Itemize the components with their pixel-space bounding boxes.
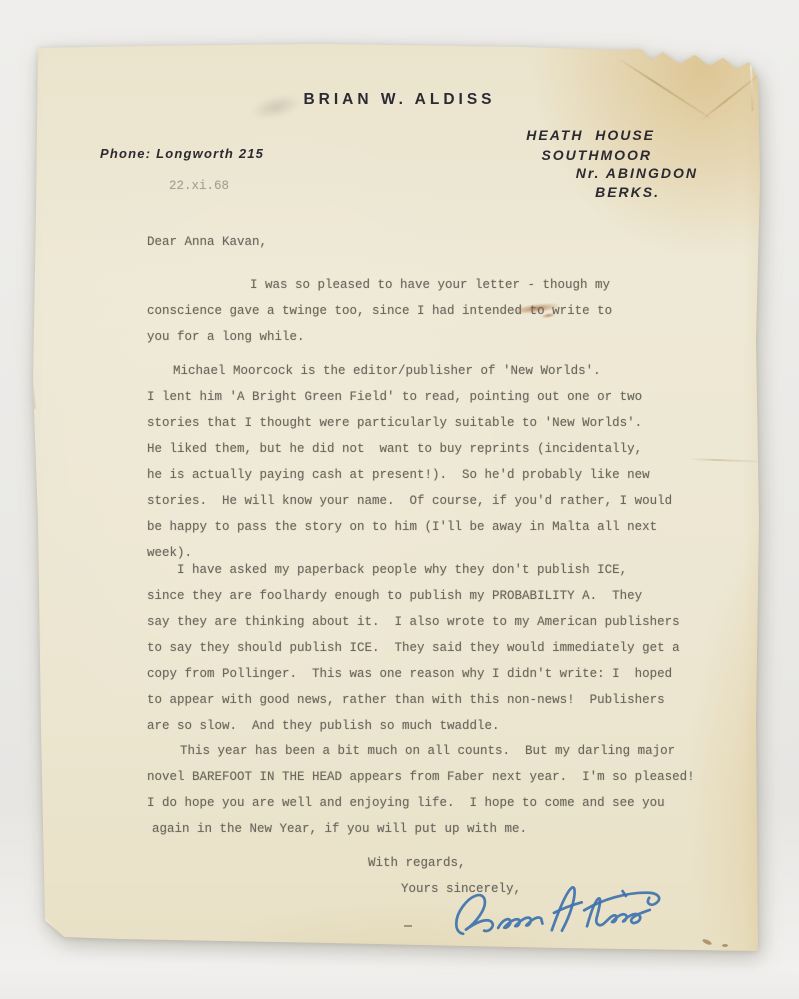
letter-line: I lent him 'A Bright Green Field' to rea… <box>147 387 642 407</box>
letter-line: conscience gave a twinge too, since I ha… <box>147 301 612 321</box>
paper-crease <box>30 351 36 409</box>
letter-line: I was so pleased to have your letter - t… <box>147 275 610 295</box>
letter-line: to appear with good news, rather than wi… <box>147 690 665 710</box>
typed-mark <box>404 925 412 927</box>
paper-fold-corner <box>40 913 70 941</box>
paper-crease <box>615 56 710 119</box>
closing-regards: With regards, <box>368 853 466 873</box>
letter-line: He liked them, but he did not want to bu… <box>147 439 642 459</box>
salutation: Dear Anna Kavan, <box>147 232 267 252</box>
letter-line: again in the New Year, if you will put u… <box>147 819 527 839</box>
letterhead-name: BRIAN W. ALDISS <box>0 91 799 109</box>
paper-speck <box>702 938 713 946</box>
letter-paper: BRIAN W. ALDISS Phone: Longworth 215 HEA… <box>0 0 799 999</box>
paper-shadow: BRIAN W. ALDISS Phone: Longworth 215 HEA… <box>0 0 799 999</box>
letter-line: he is actually paying cash at present!).… <box>147 465 650 485</box>
letter-line: to say they should publish ICE. They sai… <box>147 638 680 658</box>
letter-line: say they are thinking about it. I also w… <box>147 612 680 632</box>
letterhead-address-line: HEATH HOUSE <box>526 127 655 143</box>
photo-backdrop: BRIAN W. ALDISS Phone: Longworth 215 HEA… <box>0 0 799 999</box>
letterhead-phone: Phone: Longworth 215 <box>100 146 264 161</box>
letter-line: copy from Pollinger. This was one reason… <box>147 664 672 684</box>
letter-line: stories that I thought were particularly… <box>147 413 642 433</box>
paper-speck <box>722 944 728 947</box>
letter-line: since they are foolhardy enough to publi… <box>147 586 642 606</box>
letter-date: 22.xi.68 <box>169 176 229 196</box>
letter-line: Michael Moorcock is the editor/publisher… <box>147 361 601 381</box>
letterhead-address-line: SOUTHMOOR <box>541 147 652 163</box>
letter-line: novel BAREFOOT IN THE HEAD appears from … <box>147 767 695 787</box>
letterhead-address-line: BERKS. <box>595 184 660 200</box>
letterhead-address-line: Nr. ABINGDON <box>576 165 698 181</box>
letter-line: you for a long while. <box>147 327 305 347</box>
signature-ink <box>449 878 674 946</box>
letter-line: I have asked my paperback people why the… <box>147 560 627 580</box>
letter-line: be happy to pass the story on to him (I'… <box>147 517 657 537</box>
letter-line: stories. He will know your name. Of cour… <box>147 491 672 511</box>
letter-line: I do hope you are well and enjoying life… <box>147 793 665 813</box>
letter-line: are so slow. And they publish so much tw… <box>147 716 500 736</box>
letter-line: This year has been a bit much on all cou… <box>147 741 675 761</box>
paper-crease <box>688 458 758 462</box>
